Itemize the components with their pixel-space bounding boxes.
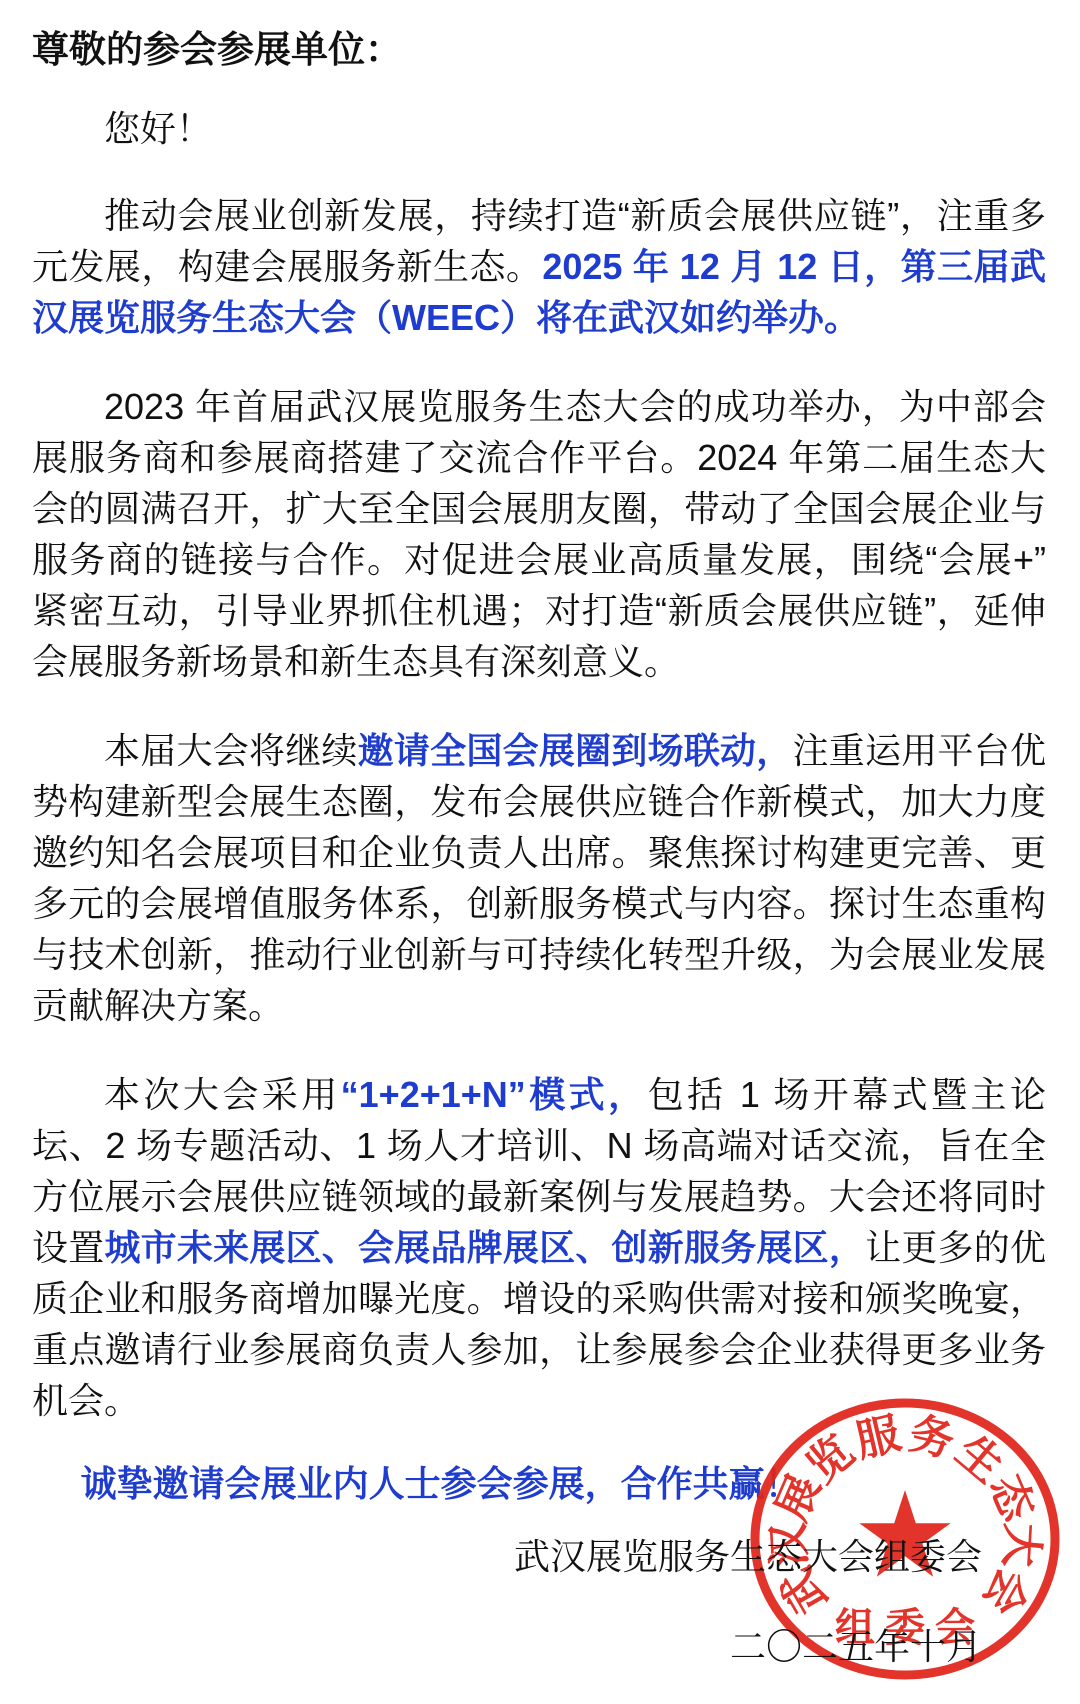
invitation-letter-page: 尊敬的参会参展单位： 您好！ 推动会展业创新发展，持续打造“新质会展供应链”，注… [0, 0, 1080, 1704]
signature-date: 二〇二五年十月 [32, 1621, 982, 1672]
paragraph-plan: 本届大会将继续邀请全国会展圈到场联动，注重运用平台优势构建新型会展生态圈，发布会… [32, 725, 1046, 1031]
salutation-line: 尊敬的参会参展单位： [32, 24, 1046, 75]
format-highlight-mode: “1+2+1+N”模式， [341, 1074, 648, 1115]
signature-org: 武汉展览服务生态大会组委会 [32, 1531, 982, 1582]
plan-highlight: 邀请全国会展圈到场联动， [358, 730, 793, 771]
paragraph-format: 本次大会采用“1+2+1+N”模式，包括 1 场开幕式暨主论坛、2 场专题活动、… [32, 1069, 1046, 1426]
plan-text-lead: 本届大会将继续 [104, 730, 358, 771]
signature-block: 武汉展览服务生态大会组委会 二〇二五年十月 [32, 1531, 1046, 1672]
plan-text-rest: 注重运用平台优势构建新型会展生态圈，发布会展供应链合作新模式，加大力度邀约知名会… [32, 730, 1046, 1026]
format-text-lead: 本次大会采用 [104, 1074, 341, 1115]
greeting-line: 您好！ [32, 103, 1046, 154]
paragraph-history: 2023 年首届武汉展览服务生态大会的成功举办，为中部会展服务商和参展商搭建了交… [32, 381, 1046, 687]
paragraph-intro: 推动会展业创新发展，持续打造“新质会展供应链”，注重多元发展，构建会展服务新生态… [32, 190, 1046, 343]
format-highlight-zones: 城市未来展区、会展品牌展区、创新服务展区， [104, 1227, 865, 1268]
seal-ring-char: 服 [851, 1409, 905, 1467]
